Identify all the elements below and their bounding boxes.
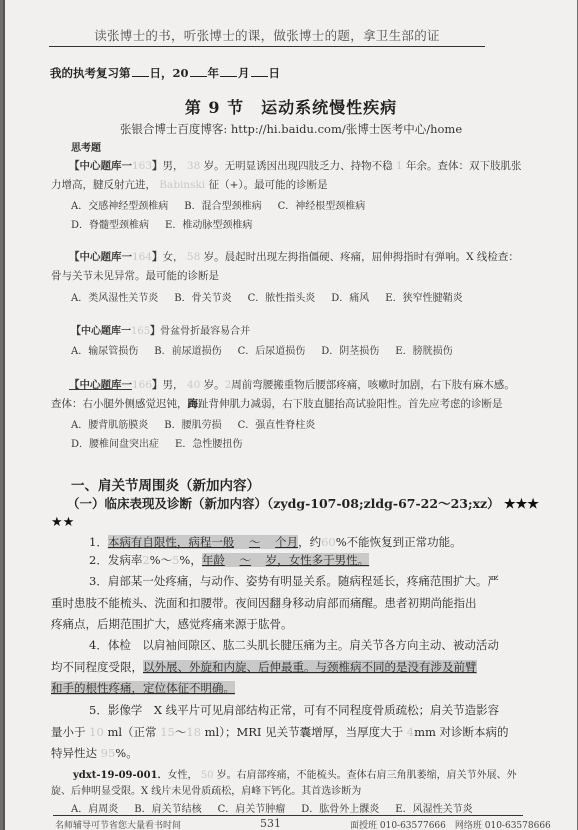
document-page: 读张博士的书，听张博士的课，做张博士的题，拿卫生部的证 我的执考复习第日，20年…	[3, 0, 577, 830]
date-blank	[251, 66, 268, 77]
option: D．阴茎损伤	[321, 346, 379, 357]
paragraph-3-line-2: 重时患肢不能梳头、洗面和扣腰带。夜间因翻身移动肩部而痛醒。患者初期尚能指出	[51, 595, 477, 611]
option: D．痛风	[331, 293, 369, 304]
review-date-line: 我的执考复习第日，20年月日	[50, 65, 280, 81]
option: C．强直性脊柱炎	[238, 420, 316, 431]
option: A．肩周炎	[71, 804, 118, 815]
paragraph-4-line-1: 4．体检 以肩袖间隙区、肱二头肌长腱压痛为主。肩关节各方向主动、被动活动	[89, 637, 499, 653]
option: B．肩关节结核	[134, 804, 201, 815]
question-3-line-1: 【中心题库一165】骨盆骨折最容易合并	[71, 322, 250, 337]
question-5-line-1: ydxt-19-09-001．女性， 50 岁。右肩部疼痛，不能梳头。查体右肩三…	[73, 766, 517, 781]
header-slogan: 读张博士的书，听张博士的课，做张博士的题，拿卫生部的证	[49, 26, 485, 44]
paragraph-4-line-2: 均不同程度受限，以外展、外旋和内旋、后伸最重。与颈椎病不同的是没有涉及前臂	[51, 659, 477, 675]
question-4-options-row-2: D．腰椎间盘突出症E．急性腰扭伤	[71, 435, 258, 450]
paragraph-5-line-2: 量小于 10 ml（正常 15～18 ml）；MRI 见关节囊增厚，当厚度大于 …	[51, 724, 509, 740]
paragraph-2: 2．发病率2%～5%，年龄40～70岁，女性多于男性。	[89, 552, 369, 568]
question-4-line-2: 查体：右小腿外侧感觉迟钝，踇趾背伸肌力减弱，右下肢直腿抬高试验阳性。首先应考虑的…	[51, 396, 503, 411]
month-blank	[220, 66, 237, 77]
option: E．膀胱损伤	[395, 346, 452, 357]
question-5-line-2: 旋、后伸明显受限。X 线片未见骨质疏松，肩峰下钙化。其首选诊断为	[51, 782, 361, 797]
option: C．脓性指头炎	[248, 293, 316, 304]
question-2-line-1: 【中心题库一164】女， 58 岁。晨起时出现左拇指僵硬、疼痛，屈伸拇指时有弹响…	[69, 249, 519, 264]
thinking-label: 思考题	[71, 139, 101, 154]
subsection-heading: （一）临床表现及诊断（新加内容）（zydg-107-08;zldg-67-22～…	[67, 494, 539, 512]
option: D．腰椎间盘突出症	[71, 439, 159, 450]
option: C．后尿道损伤	[238, 346, 306, 357]
option: B．前尿道损伤	[154, 346, 221, 357]
option: B．混合型颈椎病	[184, 201, 261, 212]
question-2-line-2: 骨与关节未见异常。最可能的诊断是	[51, 268, 219, 283]
footer-contact: 面授班 010-63577666 网络班 010-63578666	[350, 818, 551, 830]
question-5-options: A．肩周炎B．肩关节结核C．肩关节肿瘤D．肱骨外上髁炎E．风湿性关节炎	[71, 800, 489, 815]
option: A．类风湿性关节炎	[71, 293, 158, 304]
day-blank	[132, 66, 149, 77]
importance-stars-continued: ★★	[51, 515, 74, 530]
option: A．输尿管损伤	[71, 346, 138, 357]
paragraph-4-line-3: 和手的根性疼痛，定位体征不明确。	[51, 680, 235, 696]
option: B．骨关节炎	[174, 293, 231, 304]
option: E．狭窄性腱鞘炎	[385, 293, 462, 304]
question-1-options-row-1: A．交感神经型颈椎病B．混合型颈椎病C．神经根型颈椎病	[71, 197, 381, 212]
paragraph-1: 1．本病有自限性，病程一般12～24个月，约60%不能恢复到正常功能。	[89, 534, 462, 550]
option: D．脊髓型颈椎病	[71, 220, 149, 231]
question-3-options: A．输尿管损伤B．前尿道损伤C．后尿道损伤D．阴茎损伤E．膀胱损伤	[71, 342, 469, 357]
question-1-line-1: 【中心题库一163】男， 38 岁。无明显诱因出现四肢乏力、持物不稳 1 年余。…	[69, 158, 521, 173]
year-blank	[190, 66, 207, 77]
section-title: 第 9 节 运动系统慢性疾病	[5, 95, 577, 118]
option: C．神经根型颈椎病	[278, 201, 366, 212]
page-number: 531	[260, 817, 281, 830]
footer-divider	[53, 815, 523, 816]
paragraph-5-line-1: 5．影像学 X 线平片可见肩部结构正常，可有不同程度骨质疏松；肩关节造影容	[89, 702, 499, 718]
option: D．肱骨外上髁炎	[301, 804, 379, 815]
option: A．交感神经型颈椎病	[71, 201, 168, 212]
question-2-options: A．类风湿性关节炎B．骨关节炎C．脓性指头炎D．痛风E．狭窄性腱鞘炎	[71, 289, 479, 304]
option: E．急性腰扭伤	[175, 439, 242, 450]
header-divider	[49, 46, 485, 47]
option: C．肩关节肿瘤	[218, 804, 286, 815]
option: E．风湿性关节炎	[395, 804, 472, 815]
section-heading: 一、肩关节周围炎（新加内容）	[71, 474, 260, 494]
question-4-line-1: 【中心题库一166】男， 40 岁。2周前弯腰搬重物后腰部疼痛，咳嗽时加剧，右下…	[69, 377, 515, 392]
option: E．椎动脉型颈椎病	[165, 220, 252, 231]
footer-left: 名师辅导可节省您大量看书时间	[55, 818, 181, 830]
paragraph-3-line-1: 3．肩部某一处疼痛，与动作、姿势有明显关系。随病程延长，疼痛范围扩大。严	[89, 573, 499, 589]
option: B．腰肌劳损	[164, 420, 221, 431]
paragraph-3-line-3: 疼痛点，后期范围扩大，感觉疼痛来源于肱骨。	[51, 616, 293, 632]
importance-stars: ★★★	[504, 497, 539, 512]
question-1-options-row-2: D．脊髓型颈椎病E．椎动脉型颈椎病	[71, 216, 268, 231]
blog-link: 张银合博士百度博客: http://hi.baidu.com/张博士医考中心/h…	[5, 121, 577, 137]
question-1-line-2: 力增高，腱反射亢进， Babinski 征（+）。最可能的诊断是	[51, 177, 328, 192]
option: A．腰背肌筋膜炎	[71, 420, 148, 431]
question-4-options-row-1: A．腰背肌筋膜炎B．腰肌劳损C．强直性脊柱炎	[71, 416, 331, 431]
paragraph-5-line-3: 特异性达 95%。	[51, 745, 138, 761]
